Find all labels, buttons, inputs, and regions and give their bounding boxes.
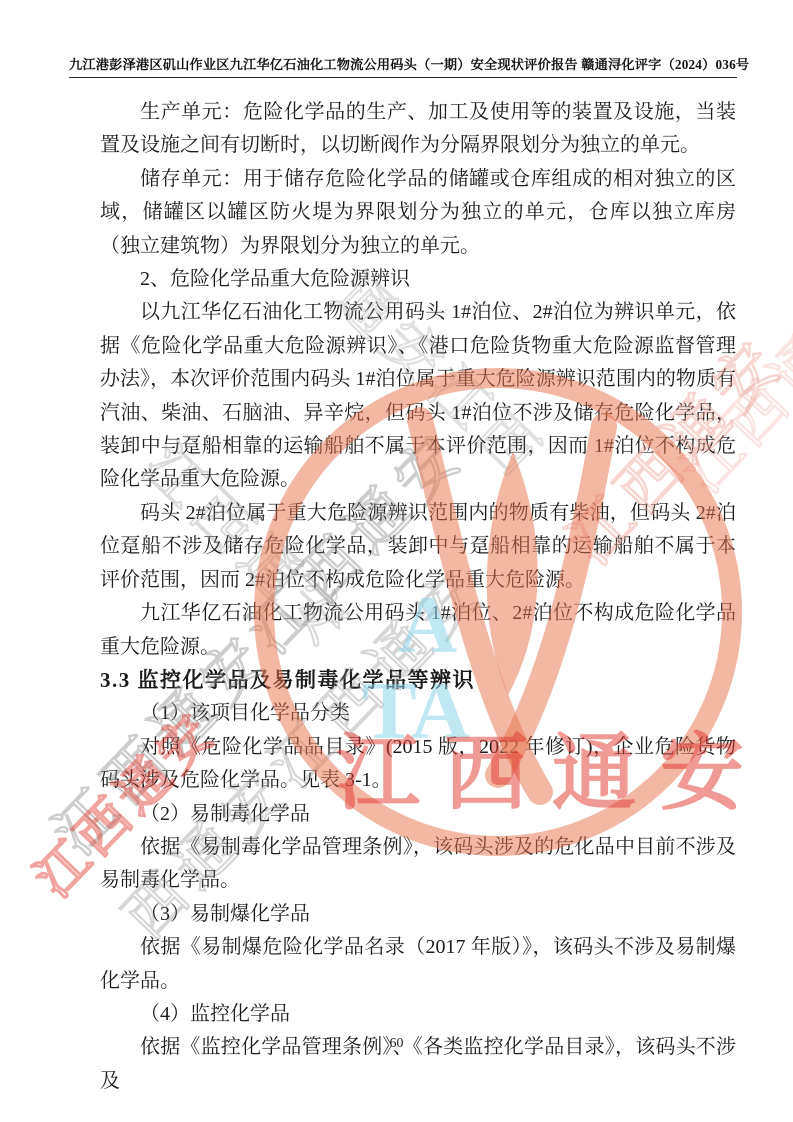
list-item-2-precursor: （2）易制毒化学品	[100, 798, 736, 831]
paragraph-production-unit: 生产单元：危险化学品的生产、加工及使用等的装置及设施，当装置及设施之间有切断时，…	[100, 96, 736, 163]
list-item-major-hazard-heading: 2、危险化学品重大危险源辨识	[100, 263, 736, 296]
paragraph-precursor-statement: 依据《易制毒化学品管理条例》，该码头涉及的危化品中目前不涉及易制毒化学品。	[100, 831, 736, 898]
paragraph-catalog-reference: 对照《危险化学品品目录》(2015 版，2022 年修订)，企业危险货物码头涉及…	[100, 731, 736, 798]
document-page: 九江港彭泽港区矶山作业区九江华亿石油化工物流公用码头（一期）安全现状评价报告 赣…	[0, 0, 793, 1122]
document-body: 生产单元：危险化学品的生产、加工及使用等的装置及设施，当装置及设施之间有切断时，…	[100, 96, 736, 1098]
paragraph-conclusion: 九江华亿石油化工物流公用码头 1#泊位、2#泊位不构成危险化学品重大危险源。	[100, 597, 736, 664]
paragraph-berth2-identification: 码头 2#泊位属于重大危险源辨识范围内的物质有柴油，但码头 2#泊位趸船不涉及储…	[100, 497, 736, 597]
list-item-3-explosive: （3）易制爆化学品	[100, 898, 736, 931]
paragraph-berth1-identification: 以九江华亿石油化工物流公用码头 1#泊位、2#泊位为辨识单元，依据《危险化学品重…	[100, 296, 736, 496]
list-item-4-monitored: （4）监控化学品	[100, 998, 736, 1031]
page-header: 九江港彭泽港区矶山作业区九江华亿石油化工物流公用码头（一期）安全现状评价报告 赣…	[69, 54, 737, 78]
page-number: 60	[0, 1036, 793, 1052]
section-heading-3-3: 3.3 监控化学品及易制毒化学品等辨识	[100, 664, 736, 697]
paragraph-storage-unit: 储存单元：用于储存危险化学品的储罐或仓库组成的相对独立的区域，储罐区以罐区防火堤…	[100, 163, 736, 263]
list-item-1-classification: （1）该项目化学品分类	[100, 697, 736, 730]
paragraph-explosive-statement: 依据《易制爆危险化学品名录（2017 年版）》，该码头不涉及易制爆化学品。	[100, 931, 736, 998]
